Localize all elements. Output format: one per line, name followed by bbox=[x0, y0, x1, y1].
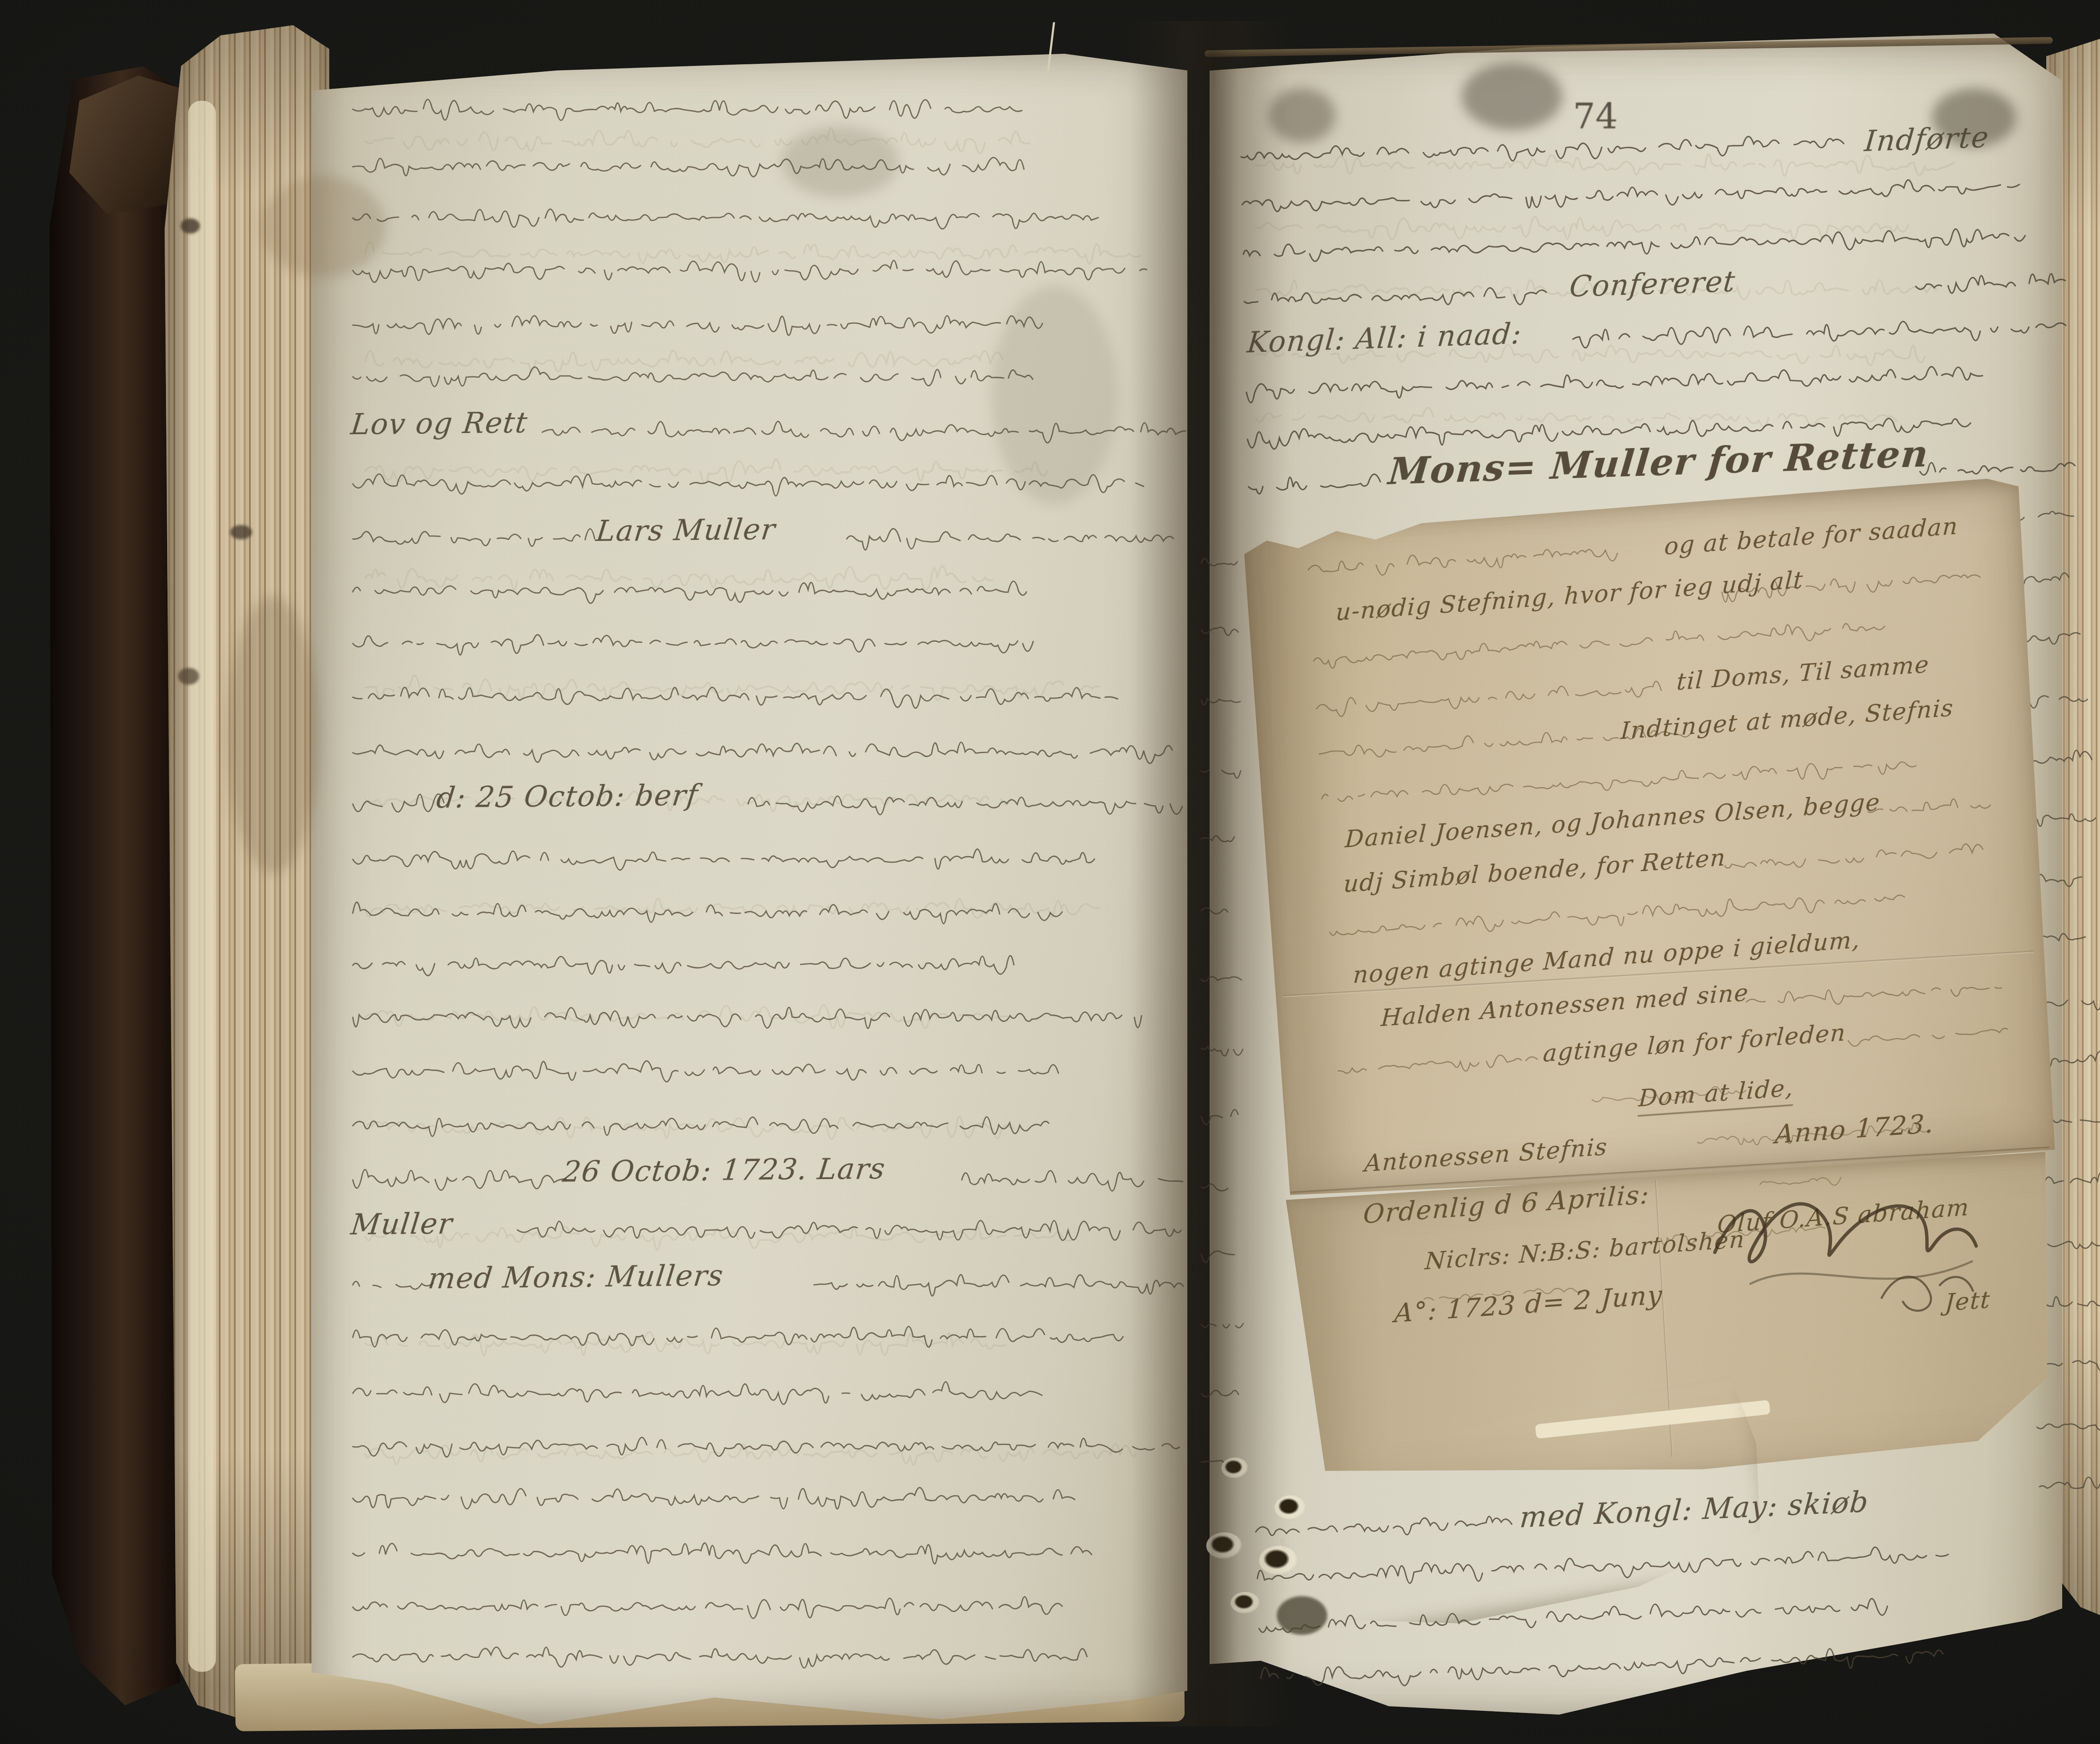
ink-mark bbox=[178, 668, 199, 685]
wormhole bbox=[1221, 1458, 1248, 1479]
legible-fragment: d: 25 Octob: berf bbox=[435, 779, 700, 815]
left-page-handwriting: Lov og Rett Lars Muller d: 25 Octob: ber… bbox=[344, 86, 1189, 1695]
ink-mark bbox=[230, 525, 252, 539]
legible-fragment: Indførte bbox=[1863, 121, 1991, 158]
legible-fragment: Lars Muller bbox=[594, 513, 777, 548]
ink-smudge bbox=[1462, 63, 1562, 130]
legible-fragment: Kongl: All: i naad: bbox=[1246, 318, 1523, 360]
paper-stain bbox=[227, 596, 319, 874]
legible-fragment: med Mons: Mullers bbox=[426, 1259, 725, 1295]
wormhole bbox=[1206, 1532, 1242, 1559]
photograph-open-protocol-book: 74 Lov og Rett Lars Muller d: 25 Octob: … bbox=[0, 0, 2100, 1744]
legible-fragment: Mons= Muller for Retten bbox=[1387, 431, 1931, 493]
legible-fragment: Lov og Rett bbox=[349, 407, 530, 441]
leather-spine bbox=[50, 63, 180, 1705]
legible-fragment: Confereret bbox=[1568, 265, 1737, 304]
protruding-page-edge bbox=[188, 101, 216, 1672]
legible-fragment: 26 Octob: 1723. Lars bbox=[561, 1153, 887, 1189]
ink-mark bbox=[181, 218, 200, 234]
page-number: 74 bbox=[1573, 96, 1618, 137]
legible-fragment: Muller bbox=[349, 1208, 454, 1242]
signature-flourish bbox=[1692, 1135, 2005, 1337]
wormhole bbox=[1231, 1592, 1260, 1614]
right-page-handwriting-gutter-column bbox=[1198, 546, 1246, 1533]
pasted-summons-slip: og at betale for saadan u-nødig Stefning… bbox=[1242, 477, 2078, 1500]
